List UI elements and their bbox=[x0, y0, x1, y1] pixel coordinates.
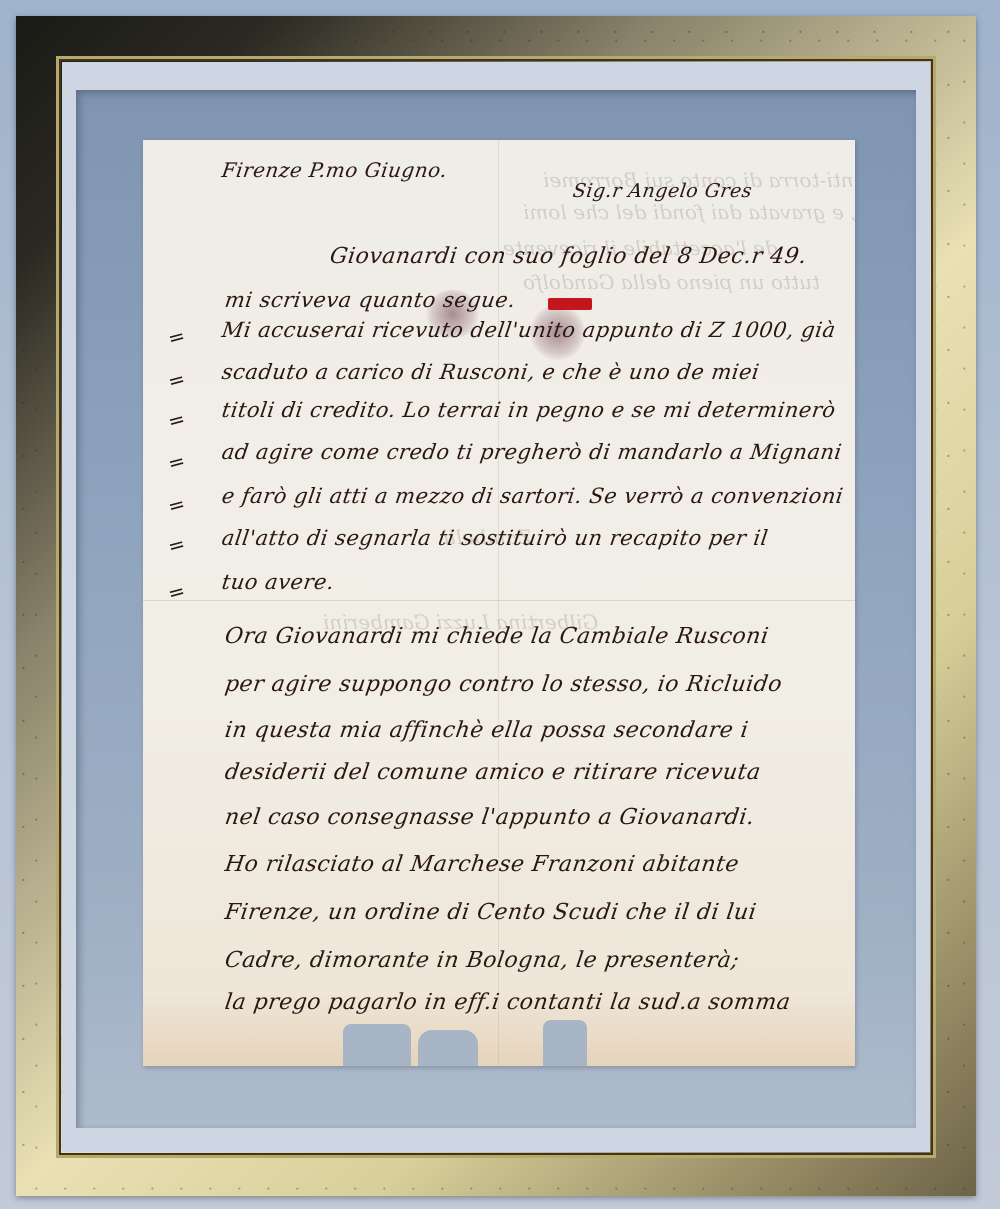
letter-recipient: Sig.r Angelo Gres bbox=[571, 180, 753, 202]
bleed-through-text: lofai, e gravata dai fondi del che lomi bbox=[523, 200, 855, 224]
letter-line: desiderii del comune amico e ritirare ri… bbox=[223, 760, 762, 785]
letter-date-line: Giovanardi con suo foglio del 8 Dec.r 49… bbox=[328, 244, 808, 269]
letter-paper: e anti-torra di conto sui Borromei lofai… bbox=[143, 140, 855, 1066]
letter-line: Cadre, dimorante in Bologna, le presente… bbox=[223, 948, 741, 973]
letter-line: tuo avere. bbox=[220, 570, 336, 594]
letter-header-place-date: Firenze P.mo Giugno. bbox=[220, 158, 449, 182]
letter-line: nel caso consegnasse l'appunto a Giovana… bbox=[223, 805, 756, 830]
letter-line: Firenze, un ordine di Cento Scudi che il… bbox=[223, 900, 758, 925]
letter-line: Ho rilasciato al Marchese Franzoni abita… bbox=[223, 852, 740, 877]
letter-line: e farò gli atti a mezzo di sartori. Se v… bbox=[220, 484, 845, 508]
letter-line: Mi accuserai ricevuto dell'unito appunto… bbox=[220, 318, 837, 342]
red-wax-seal-remnant bbox=[548, 298, 592, 310]
letter-line: ad agire come credo ti pregherò di manda… bbox=[220, 440, 843, 464]
letter-line: all'atto di segnarla ti sostituirò un re… bbox=[220, 526, 769, 550]
letter-line: Ora Giovanardi mi chiede la Cambiale Rus… bbox=[223, 624, 770, 649]
letter-line: mi scriveva quanto segue. bbox=[223, 288, 517, 312]
letter-line: in questa mia affinchè ella possa second… bbox=[223, 718, 750, 743]
letter-line: per agire suppongo contro lo stesso, io … bbox=[223, 672, 784, 697]
letter-line: titoli di credito. Lo terrai in pegno e … bbox=[220, 398, 837, 422]
bleed-through-text: tutto un pieno della Gandolfo bbox=[523, 270, 820, 294]
letter-line: scaduto a carico di Rusconi, e che è uno… bbox=[220, 360, 761, 384]
torn-edge bbox=[343, 1024, 411, 1066]
torn-edge bbox=[543, 1020, 587, 1066]
torn-edge bbox=[418, 1030, 478, 1066]
letter-line: la prego pagarlo in eff.i contanti la su… bbox=[223, 990, 792, 1015]
